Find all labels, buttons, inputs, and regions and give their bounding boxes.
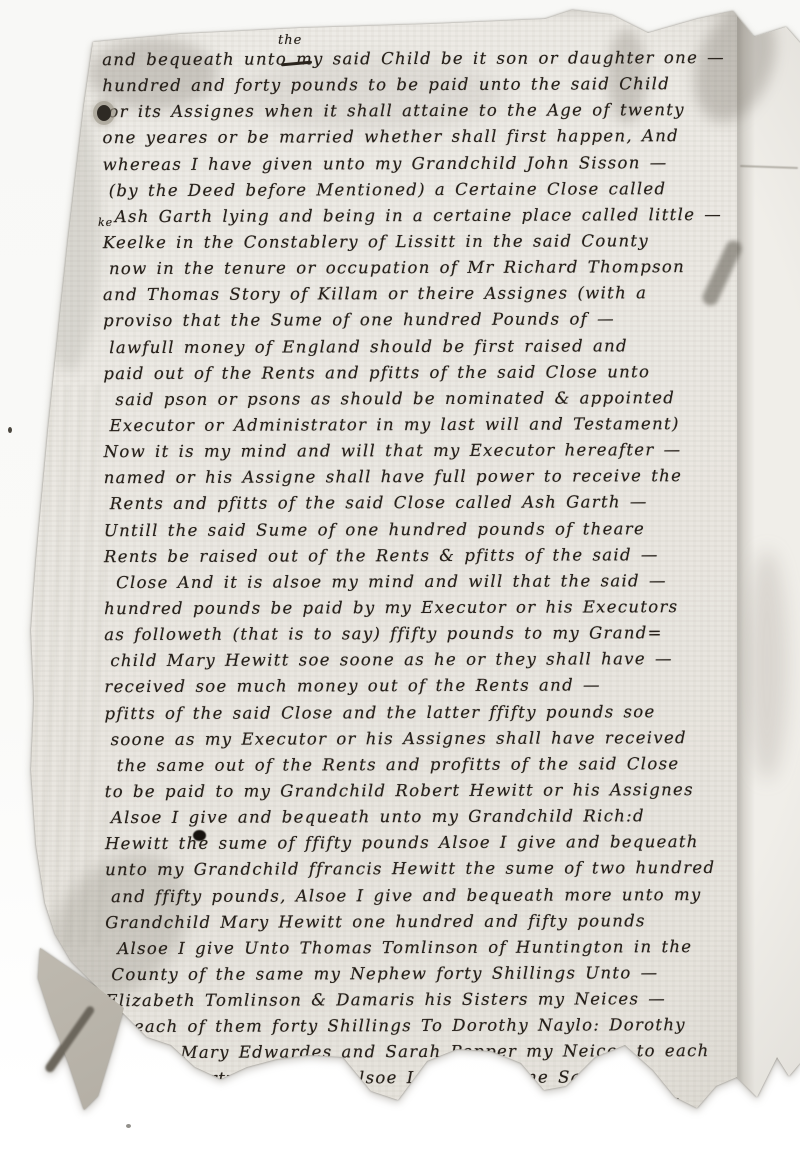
manuscript-line: County of the same my Nephew forty Shill… bbox=[111, 960, 761, 988]
manuscript-line: received soe much money out of the Rents… bbox=[104, 672, 760, 700]
manuscript-line: and Thomas Story of Killam or theire Ass… bbox=[103, 280, 759, 308]
manuscript-line: and bequeath unto my said Child be it so… bbox=[102, 45, 758, 73]
manuscript-line: child Mary Hewitt soe soone as he or the… bbox=[110, 646, 760, 674]
manuscript-page: and bequeath unto my said Child be it so… bbox=[0, 0, 800, 1162]
manuscript-line: Alsoe I give Unto Thomas Tomlinson of Hu… bbox=[117, 934, 761, 962]
paper-shadow-wrapper: and bequeath unto my said Child be it so… bbox=[0, 0, 800, 1162]
manuscript-line: Executor or Administrator in my last wil… bbox=[109, 411, 759, 439]
manuscript-line: whereas I have given unto my Grandchild … bbox=[103, 149, 759, 177]
ink-blot bbox=[193, 830, 206, 841]
catchword: my bbox=[652, 1092, 680, 1111]
manuscript-line: Ash Garth lying and being in a certaine … bbox=[115, 202, 759, 230]
background-speck bbox=[8, 427, 12, 433]
manuscript-line: Now it is my mind and will that my Execu… bbox=[104, 437, 760, 465]
manuscript-line: Baites Mary Edwardes and Sarah Pepper my… bbox=[112, 1038, 762, 1066]
manuscript-line: Untill the said Sume of one hundred poun… bbox=[104, 515, 760, 543]
manuscript-text-block: and bequeath unto my said Child be it so… bbox=[102, 45, 762, 1093]
manuscript-line: to each of them forty Shillings To Dorot… bbox=[106, 1012, 762, 1040]
manuscript-line: proviso that the Sume of one hundred Pou… bbox=[103, 306, 759, 334]
manuscript-line: Rents be raised out of the Rents & pfitt… bbox=[104, 542, 760, 570]
manuscript-line: the same out of the Rents and profitts o… bbox=[117, 751, 761, 779]
manuscript-line: of them forty Shillings, Alsoe I give to… bbox=[106, 1064, 762, 1092]
background-speck bbox=[126, 1124, 131, 1128]
left-margin-ghost bbox=[38, 92, 100, 372]
manuscript-line: now in the tenure or occupation of Mr Ri… bbox=[109, 254, 759, 282]
manuscript-line: unto my Grandchild ffrancis Hewitt the s… bbox=[105, 855, 761, 883]
manuscript-line: hundred and forty pounds to be paid unto… bbox=[102, 71, 758, 99]
manuscript-line: hundred pounds be paid by my Executor or… bbox=[104, 594, 760, 622]
manuscript-line: Alsoe I give and bequeath unto my Grandc… bbox=[111, 803, 761, 831]
manuscript-line: lawfull money of England should be first… bbox=[109, 332, 759, 360]
manuscript-line: said pson or psons as should be nominate… bbox=[115, 385, 759, 413]
manuscript-line: as followeth (that is to say) ffifty pou… bbox=[104, 620, 760, 648]
scanned-document: and bequeath unto my said Child be it so… bbox=[0, 0, 800, 1162]
manuscript-line: Grandchild Mary Hewitt one hundred and f… bbox=[105, 907, 761, 935]
manuscript-line: Close And it is alsoe my mind and will t… bbox=[116, 568, 760, 596]
manuscript-line: paid out of the Rents and pfitts of the … bbox=[103, 359, 759, 387]
interlinear-insertion-ke: ke bbox=[98, 216, 113, 229]
manuscript-line: soone as my Executor or his Assignes sha… bbox=[111, 725, 761, 753]
manuscript-line: to be paid to my Grandchild Robert Hewit… bbox=[105, 777, 761, 805]
bleedthrough-text-column bbox=[30, 385, 106, 945]
manuscript-line: pfitts of the said Close and the latter … bbox=[104, 698, 760, 726]
manuscript-line: named or his Assigne shall have full pow… bbox=[104, 463, 760, 491]
interlinear-insertion-the: the bbox=[278, 33, 302, 48]
manuscript-line: (by the Deed before Mentioned) a Certain… bbox=[109, 176, 759, 204]
manuscript-line: and ffifty pounds, Alsoe I give and bequ… bbox=[111, 881, 761, 909]
manuscript-line: Elizabeth Tomlinson & Damaris his Sister… bbox=[105, 986, 761, 1014]
manuscript-line: or its Assignes when it shall attaine to… bbox=[108, 97, 758, 125]
manuscript-line: Keelke in the Constablery of Lissitt in … bbox=[103, 228, 759, 256]
worm-hole bbox=[97, 105, 111, 121]
manuscript-line: one yeares or be married whether shall f… bbox=[102, 123, 758, 151]
manuscript-line: Rents and pfitts of the said Close calle… bbox=[110, 489, 760, 517]
